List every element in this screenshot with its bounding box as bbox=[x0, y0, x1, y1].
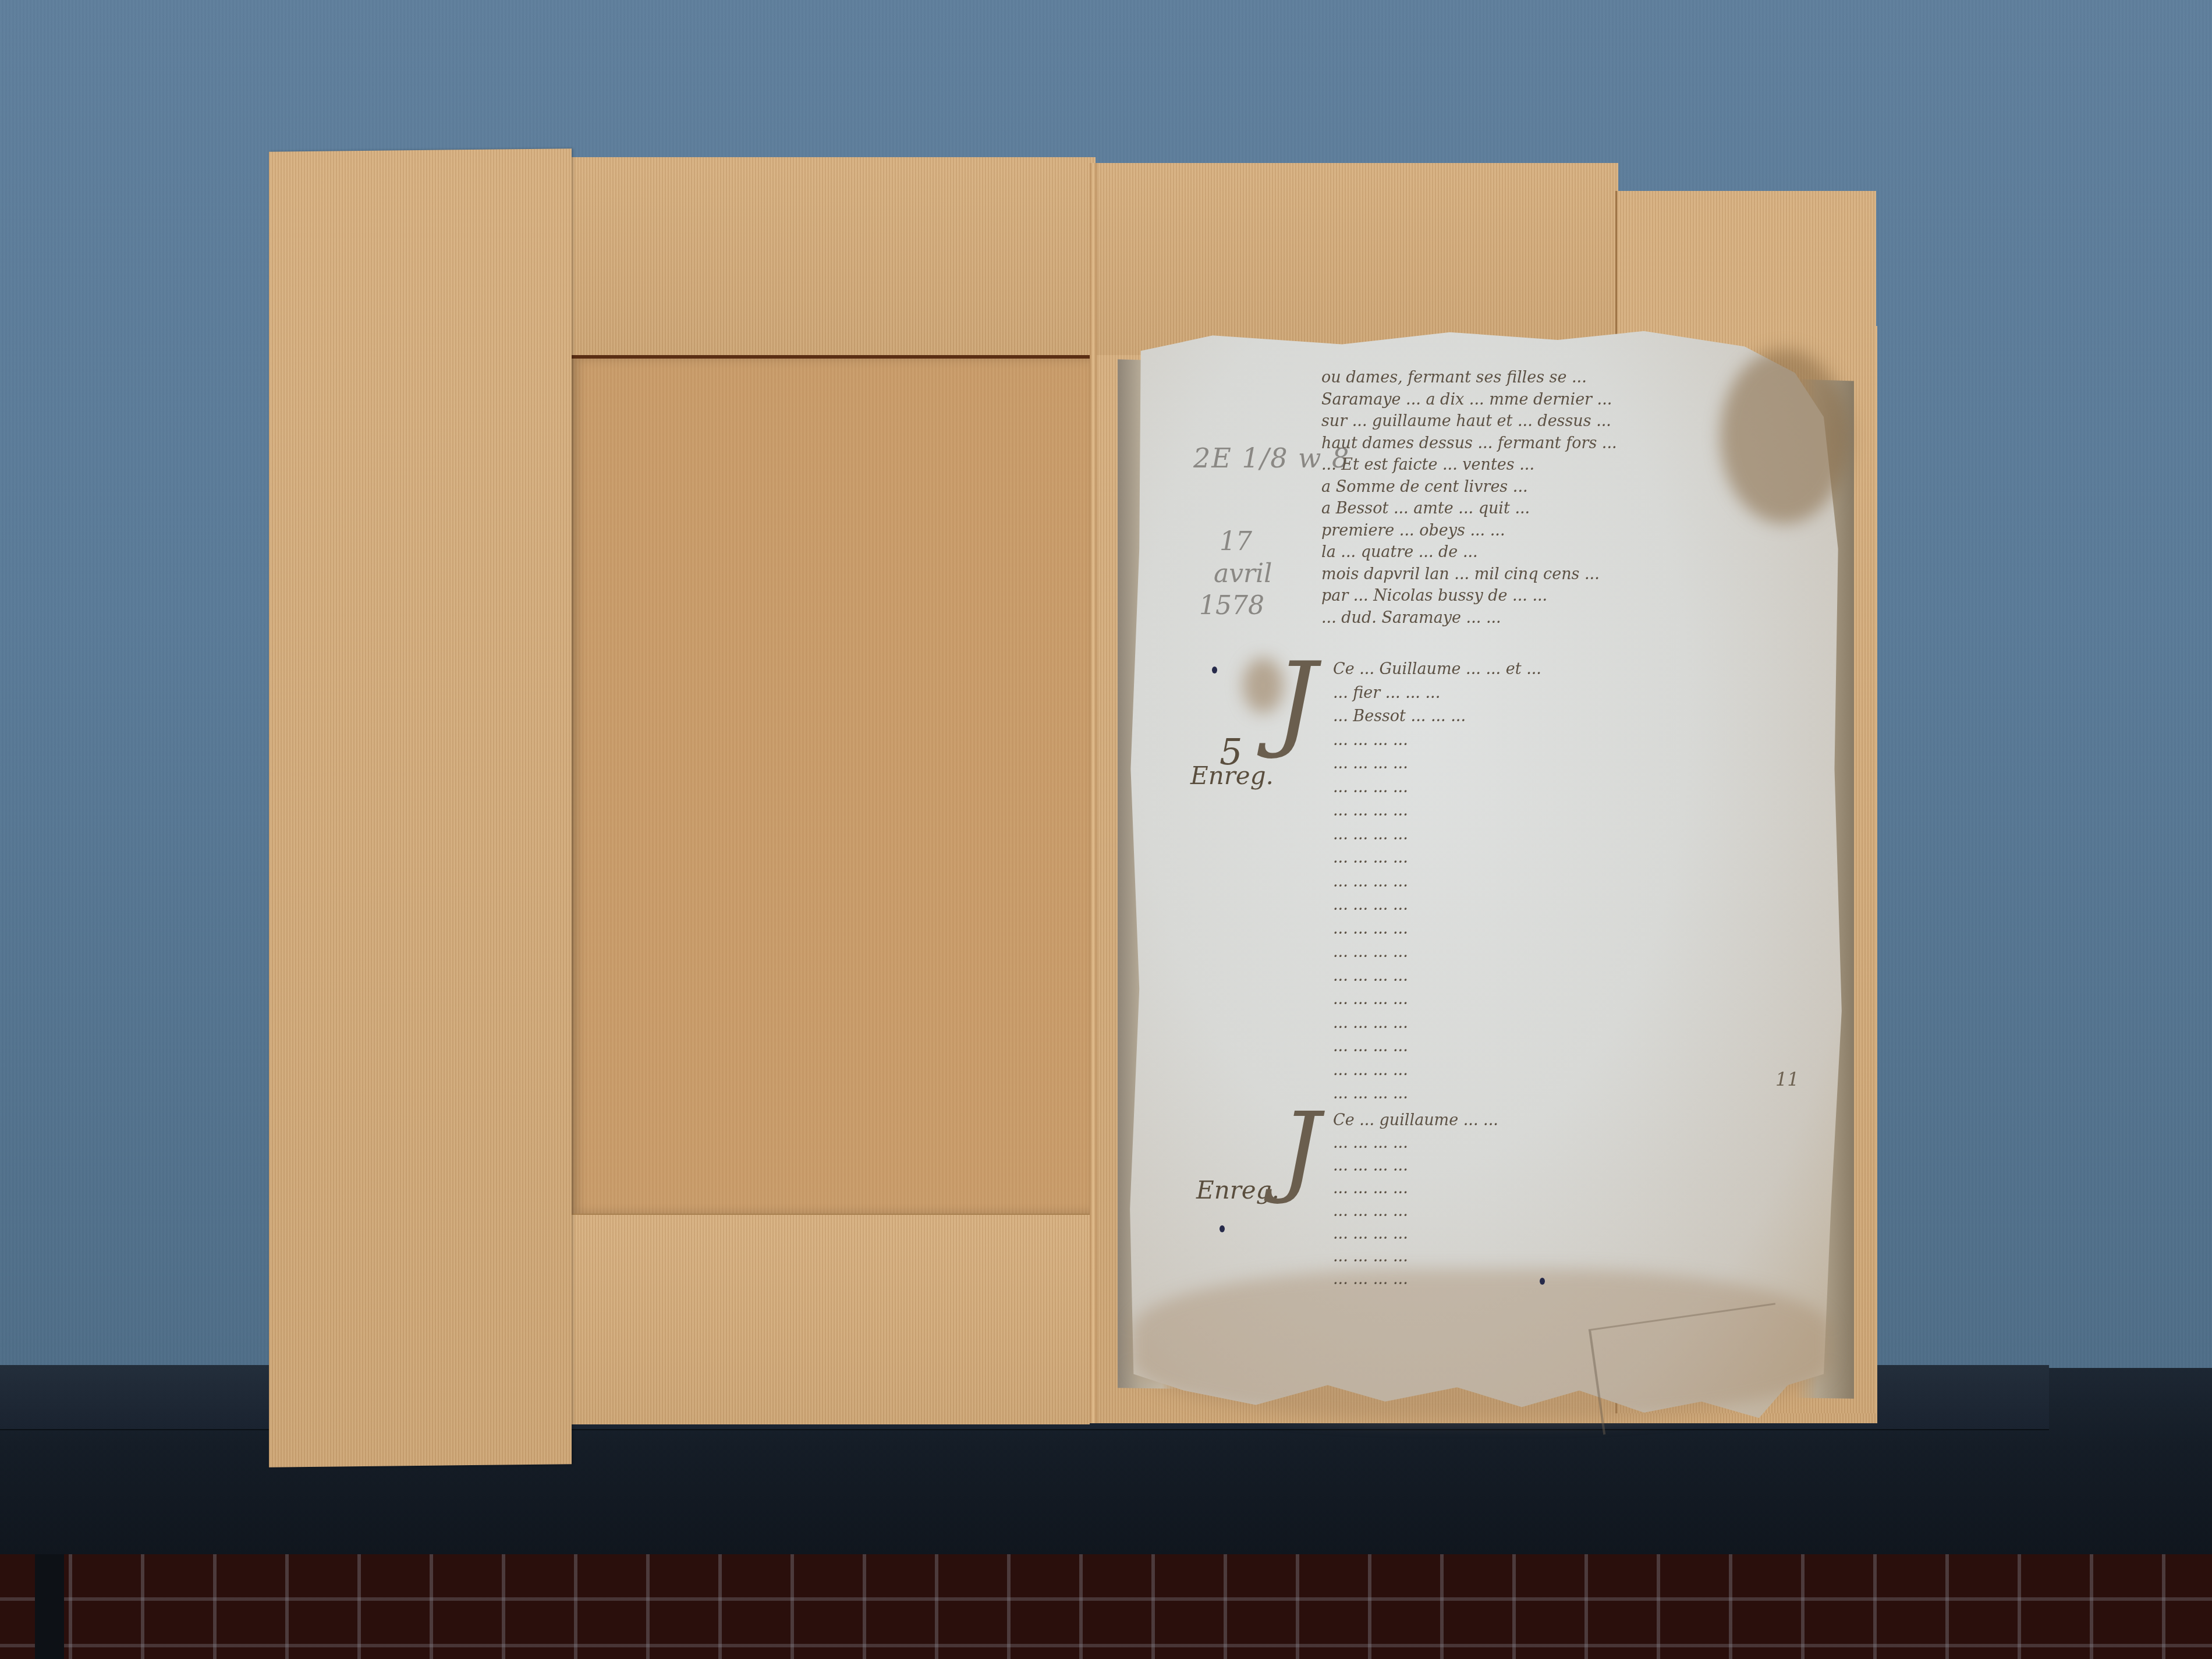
text-line: ... ... ... ... bbox=[1333, 1177, 1816, 1200]
tiled-floor bbox=[0, 1554, 2212, 1659]
text-line: ... dud. Saramaye ... ... bbox=[1321, 607, 1805, 629]
text-line: ... ... ... ... bbox=[1333, 823, 1816, 847]
folder-inner-panel bbox=[572, 358, 1090, 1214]
text-line: sur ... guillaume haut et ... dessus ... bbox=[1321, 410, 1805, 433]
manuscript-text-block-2: Ce ... Guillaume ... ... et ... ... fier… bbox=[1333, 658, 1816, 1106]
text-line: ... ... ... ... bbox=[1333, 1268, 1816, 1291]
entry-6-registration-label: Enreg. bbox=[1196, 1176, 1279, 1204]
text-line: ou dames, fermant ses filles se ... bbox=[1321, 367, 1805, 389]
manuscript-text-block-3: Ce ... guillaume ... ... ... ... ... ...… bbox=[1333, 1109, 1816, 1291]
text-line: ... ... ... ... bbox=[1333, 1082, 1816, 1106]
text-line: haut dames dessus ... fermant fors ... bbox=[1321, 433, 1805, 455]
text-line: ... ... ... ... bbox=[1333, 1200, 1816, 1222]
text-line: a Somme de cent livres ... bbox=[1321, 476, 1805, 498]
text-line: Saramaye ... a dix ... mme dernier ... bbox=[1321, 389, 1805, 411]
text-line: ... ... ... ... bbox=[1333, 1222, 1816, 1245]
text-line: ... ... ... ... bbox=[1333, 965, 1816, 988]
ink-dot bbox=[1212, 667, 1217, 673]
decorated-initial: J bbox=[1281, 1100, 1320, 1199]
text-line: ... ... ... ... bbox=[1333, 1132, 1816, 1154]
text-line: ... ... ... ... bbox=[1333, 1059, 1816, 1083]
text-line: ... ... ... ... bbox=[1333, 894, 1816, 917]
ink-dot bbox=[1540, 1278, 1545, 1285]
folder-spine bbox=[1090, 163, 1097, 1423]
text-line: ... Bessot ... ... ... bbox=[1333, 705, 1816, 729]
text-line: ... ... ... ... bbox=[1333, 1245, 1816, 1268]
text-line: ... ... ... ... bbox=[1333, 870, 1816, 894]
pencil-date-year: 1578 bbox=[1199, 591, 1264, 621]
decorated-initial: J bbox=[1275, 649, 1317, 754]
pencil-date-day: 17 bbox=[1220, 527, 1252, 556]
text-line: ... ... ... ... bbox=[1333, 752, 1816, 776]
text-line: ... ... ... ... bbox=[1333, 1154, 1816, 1177]
text-line: Ce ... guillaume ... ... bbox=[1333, 1109, 1816, 1132]
folder-top-flap[interactable] bbox=[572, 157, 1096, 359]
text-line: premiere ... obeys ... ... bbox=[1321, 520, 1805, 542]
text-line: ... ... ... ... bbox=[1333, 799, 1816, 823]
floor-post bbox=[35, 1554, 64, 1659]
text-line: ... ... ... ... bbox=[1333, 776, 1816, 800]
text-line: ... ... ... ... bbox=[1333, 846, 1816, 870]
text-line: a Bessot ... amte ... quit ... bbox=[1321, 498, 1805, 520]
text-line: ... Et est faicte ... ventes ... bbox=[1321, 454, 1805, 476]
text-line: ... fier ... ... ... bbox=[1333, 682, 1816, 706]
text-line: la ... quatre ... de ... bbox=[1321, 541, 1805, 563]
text-line: Ce ... Guillaume ... ... et ... bbox=[1333, 658, 1816, 682]
entry-5-registration-label: Enreg. bbox=[1190, 761, 1274, 790]
text-line: ... ... ... ... bbox=[1333, 917, 1816, 941]
folder-left-flap[interactable] bbox=[269, 148, 572, 1467]
text-line: par ... Nicolas bussy de ... ... bbox=[1321, 585, 1805, 607]
text-line: ... ... ... ... bbox=[1333, 1012, 1816, 1036]
text-line: ... ... ... ... bbox=[1333, 729, 1816, 753]
ink-dot bbox=[1220, 1225, 1225, 1232]
text-line: mois dapvril lan ... mil cinq cens ... bbox=[1321, 563, 1805, 586]
pencil-date-month: avril bbox=[1214, 559, 1272, 589]
folder-bottom-flap[interactable] bbox=[572, 1214, 1090, 1424]
manuscript-text-block-1: ou dames, fermant ses filles se ... Sara… bbox=[1321, 367, 1805, 629]
text-line: ... ... ... ... bbox=[1333, 941, 1816, 965]
text-line: ... ... ... ... bbox=[1333, 988, 1816, 1012]
folder-right-top-flap bbox=[1094, 163, 1618, 355]
text-line: ... ... ... ... bbox=[1333, 1035, 1816, 1059]
photo-scene: 2E 1/8 w 8 17 avril 1578 5 Enreg. Enreg.… bbox=[0, 0, 2212, 1659]
